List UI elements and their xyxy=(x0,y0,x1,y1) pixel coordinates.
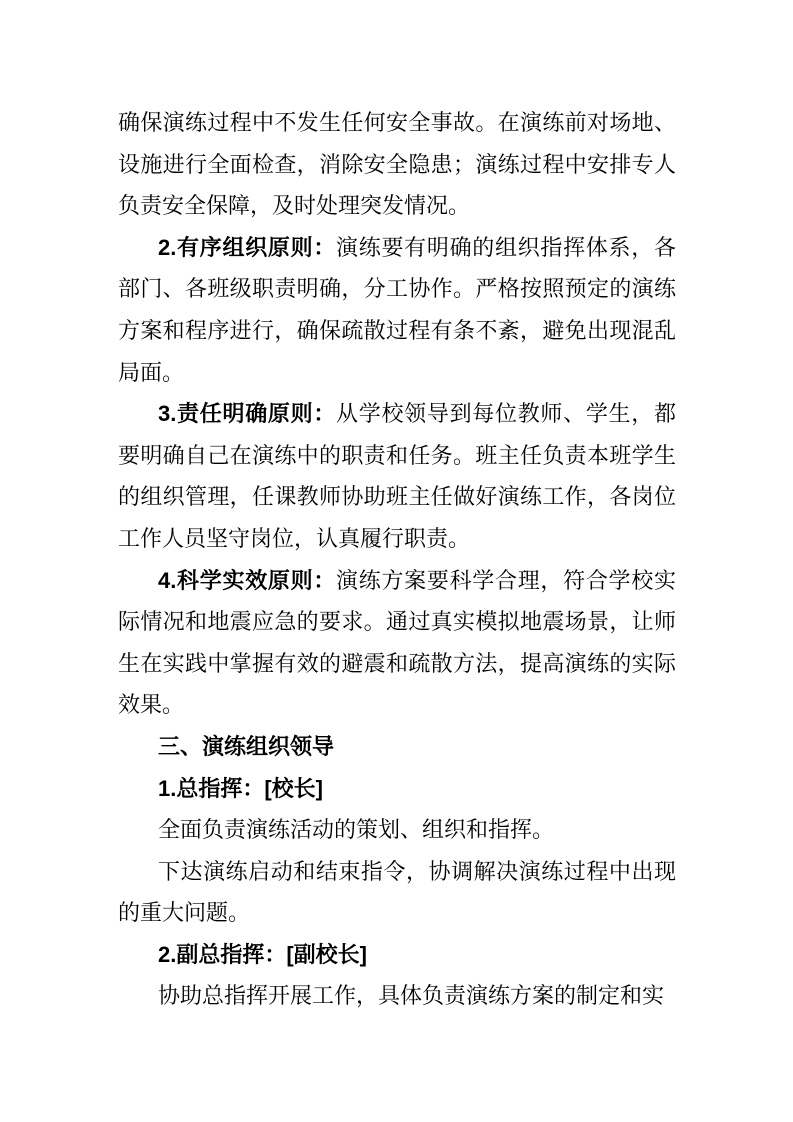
paragraph: 2.有序组织原则：演练要有明确的组织指挥体系，各部门、各班级职责明确，分工协作。… xyxy=(118,227,676,393)
paragraph: 确保演练过程中不发生任何安全事故。在演练前对场地、设施进行全面检查，消除安全隐患… xyxy=(118,102,676,227)
bold-text-run: 2.有序组织原则： xyxy=(158,235,336,260)
document-text-body: 确保演练过程中不发生任何安全事故。在演练前对场地、设施进行全面检查，消除安全隐患… xyxy=(118,102,676,1017)
paragraph: 2.副总指挥：[副校长] xyxy=(118,934,676,976)
paragraph: 下达演练启动和结束指令，协调解决演练过程中出现的重大问题。 xyxy=(118,851,676,934)
paragraph: 4.科学实效原则：演练方案要科学合理，符合学校实际情况和地震应急的要求。通过真实… xyxy=(118,560,676,726)
paragraph: 全面负责演练活动的策划、组织和指挥。 xyxy=(118,809,676,851)
text-run: 全面负责演练活动的策划、组织和指挥。 xyxy=(158,817,554,842)
document-page: 确保演练过程中不发生任何安全事故。在演练前对场地、设施进行全面检查，消除安全隐患… xyxy=(0,0,793,1122)
paragraph: 3.责任明确原则：从学校领导到每位教师、学生，都要明确自己在演练中的职责和任务。… xyxy=(118,393,676,559)
paragraph: 三、演练组织领导 xyxy=(118,726,676,768)
text-run: 确保演练过程中不发生任何安全事故。在演练前对场地、设施进行全面检查，消除安全隐患… xyxy=(118,110,676,218)
bold-text-run: 2.副总指挥：[副校长] xyxy=(158,942,367,967)
paragraph: 协助总指挥开展工作，具体负责演练方案的制定和实 xyxy=(118,975,676,1017)
text-run: 协助总指挥开展工作，具体负责演练方案的制定和实 xyxy=(158,983,664,1008)
bold-text-run: 三、演练组织领导 xyxy=(158,734,334,759)
paragraph: 1.总指挥：[校长] xyxy=(118,768,676,810)
bold-text-run: 4.科学实效原则： xyxy=(158,568,336,593)
text-run: 下达演练启动和结束指令，协调解决演练过程中出现的重大问题。 xyxy=(118,859,676,926)
bold-text-run: 1.总指挥：[校长] xyxy=(158,776,323,801)
bold-text-run: 3.责任明确原则： xyxy=(158,401,336,426)
